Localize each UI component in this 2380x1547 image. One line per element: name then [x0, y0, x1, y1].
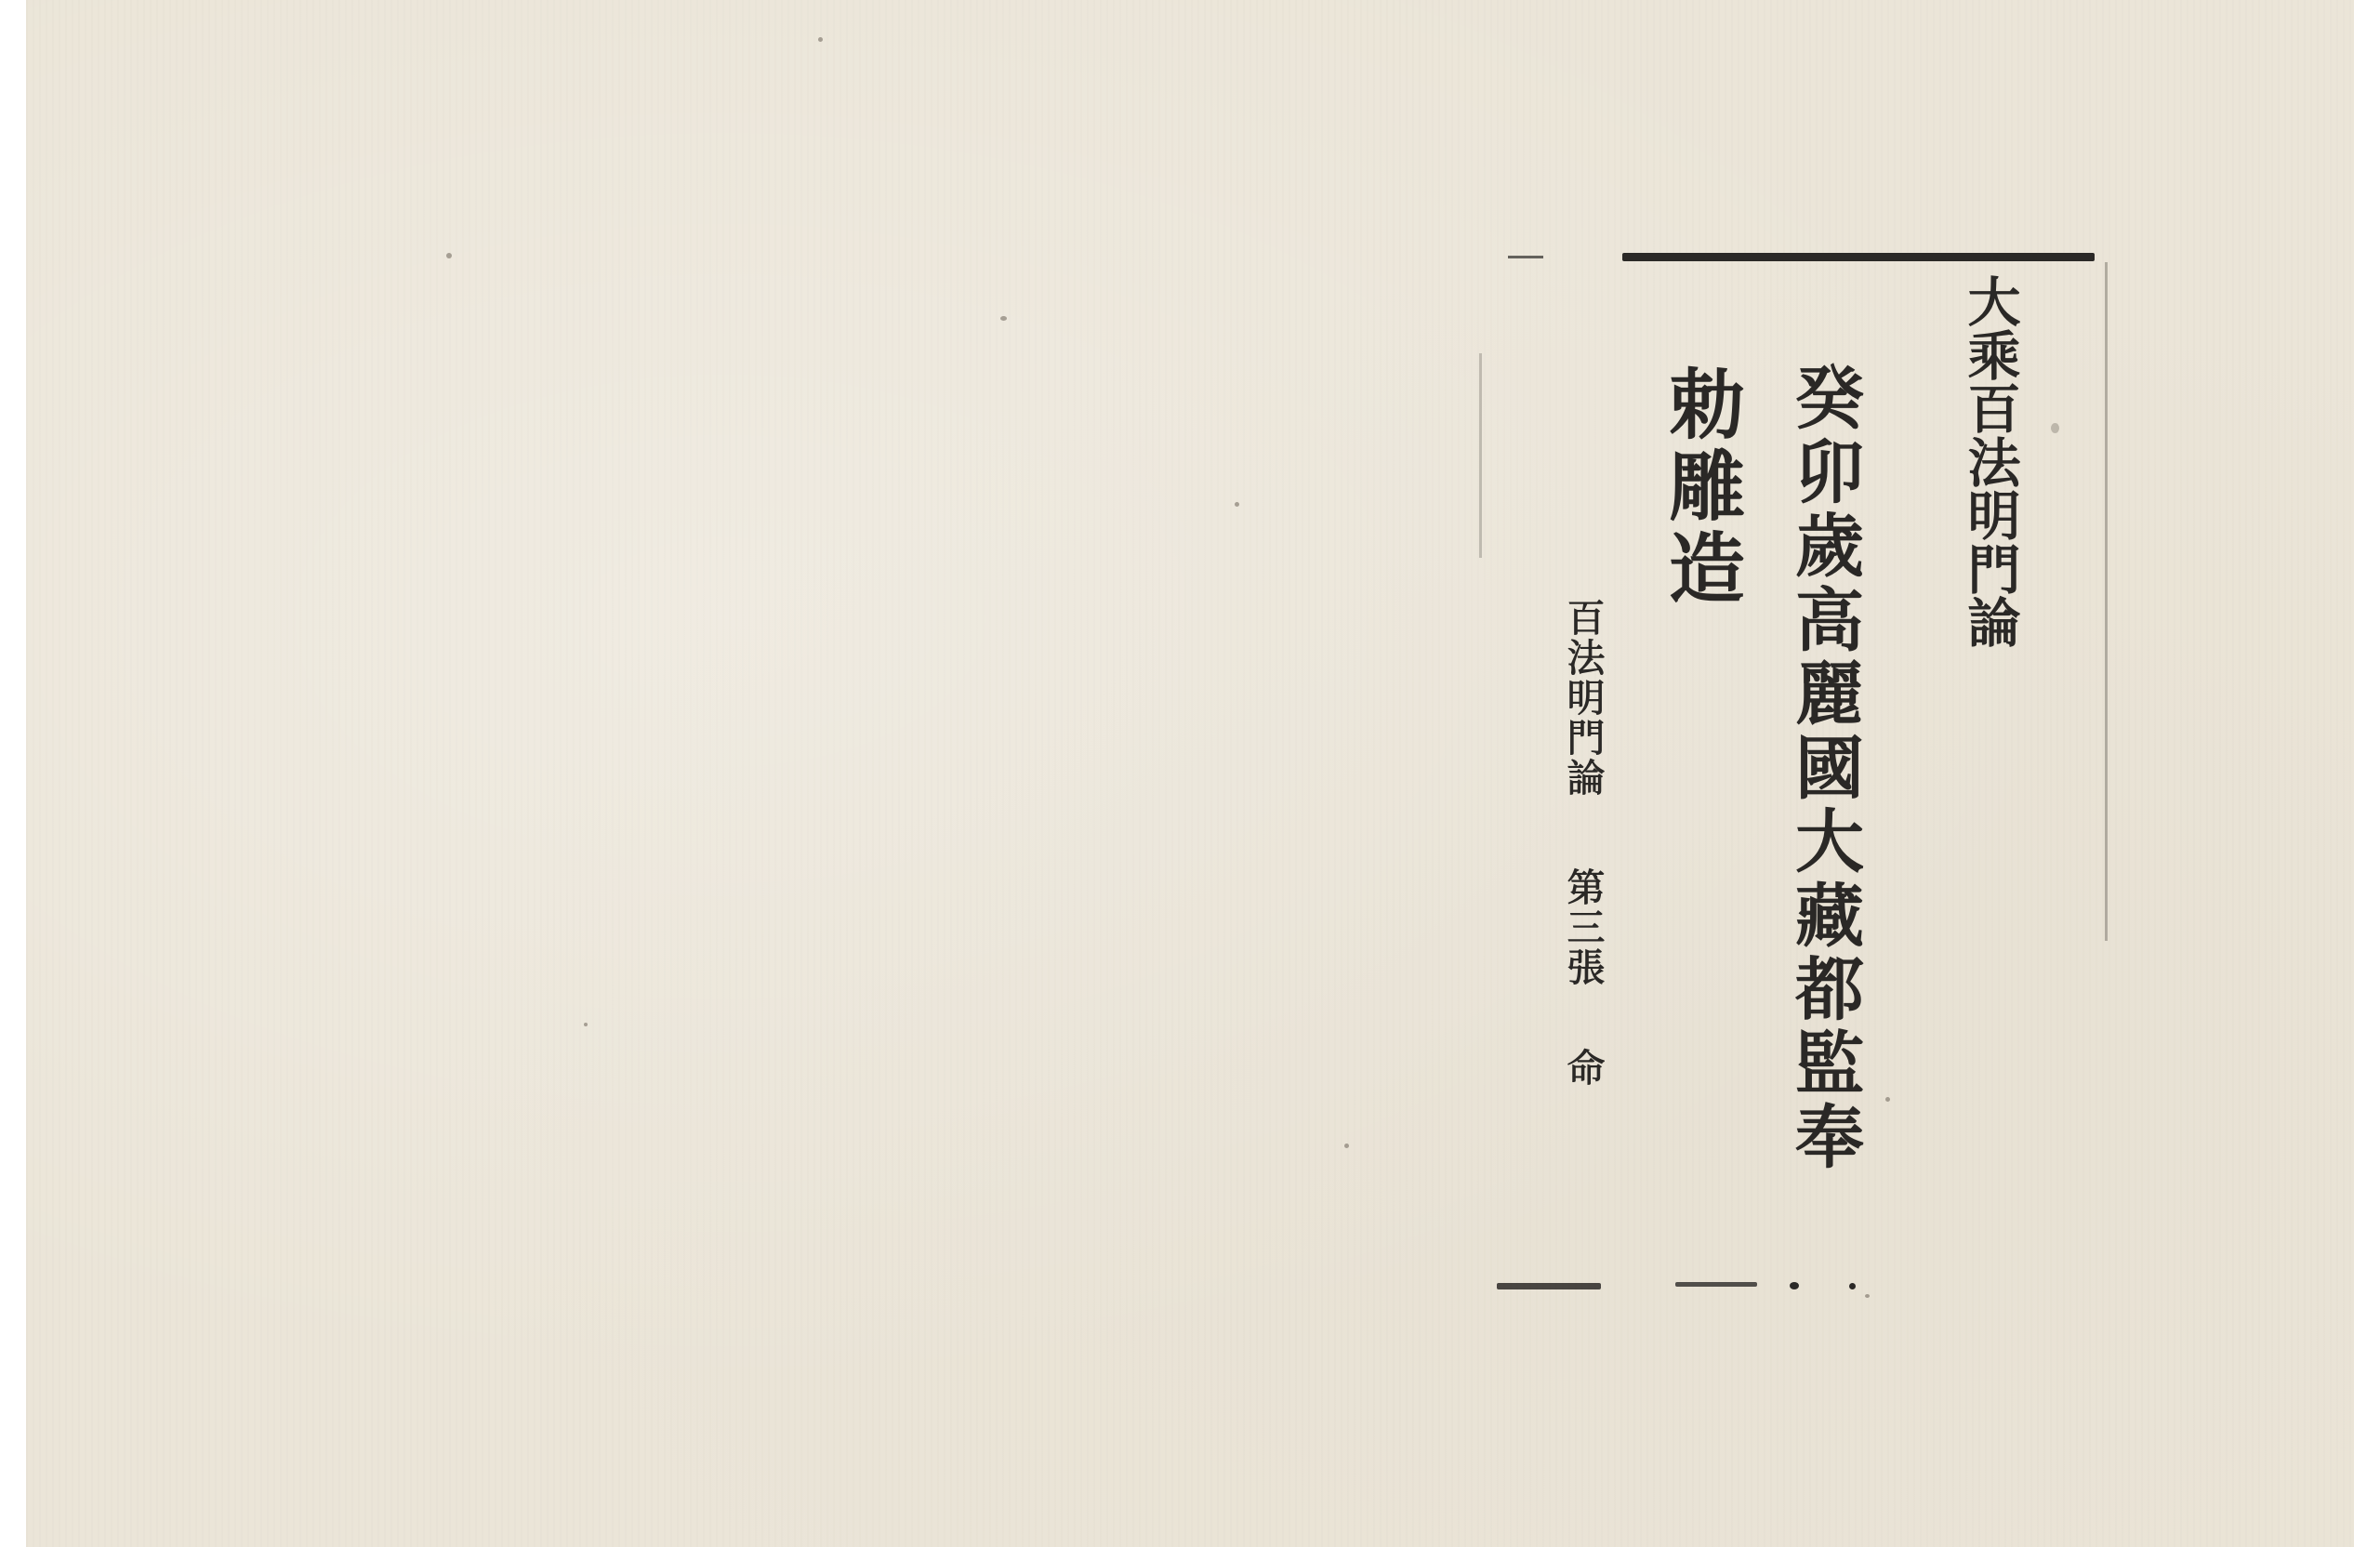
colophon-char: 高 — [1795, 587, 1864, 661]
colophon-char: 麗 — [1795, 660, 1864, 734]
paper-fleck — [2051, 423, 2059, 433]
colophon-char: 癸 — [1795, 364, 1864, 439]
title-char: 論 — [1968, 597, 2021, 651]
title-char: 門 — [1968, 544, 2021, 598]
top-frame-rule-fragment — [1508, 256, 1543, 258]
colophon-decree-column: 勅 雕 造 — [1667, 367, 1747, 613]
paper-fleck — [1000, 316, 1007, 321]
margin-title-char: 門 — [1567, 720, 1606, 760]
margin-title-char: 論 — [1567, 760, 1606, 800]
paper-fleck — [584, 1023, 588, 1026]
bottom-frame-dot — [1790, 1282, 1799, 1289]
left-frame-rule — [1479, 353, 1482, 558]
colophon-char: 大 — [1795, 808, 1864, 882]
colophon-char: 卯 — [1795, 439, 1864, 513]
paper-fleck — [818, 37, 823, 42]
title-char: 百 — [1968, 383, 2021, 437]
decree-char: 雕 — [1669, 449, 1745, 531]
paper-fleck — [446, 253, 452, 258]
colophon-char: 歲 — [1795, 512, 1864, 587]
colophon-char: 國 — [1795, 734, 1864, 809]
bottom-frame-rule — [1497, 1283, 1601, 1289]
colophon-char: 藏 — [1795, 882, 1864, 957]
colophon-char: 都 — [1795, 956, 1864, 1030]
decree-char: 勅 — [1669, 367, 1745, 449]
paper-fleck — [1235, 502, 1239, 507]
colophon-char: 監 — [1795, 1030, 1864, 1104]
paper-fleck — [1885, 1097, 1890, 1102]
title-column: 大 乘 百 法 明 門 論 — [1966, 276, 2022, 651]
margin-label-column: 百 法 明 門 論 第 三 張 命 — [1565, 600, 1607, 1090]
paper-sheet — [26, 0, 2354, 1547]
bottom-frame-dot — [1849, 1283, 1856, 1289]
margin-title-char: 法 — [1567, 640, 1606, 680]
decree-char: 造 — [1669, 531, 1745, 613]
title-char: 乘 — [1968, 330, 2021, 384]
margin-title-char: 百 — [1567, 600, 1606, 640]
right-frame-rule — [2105, 262, 2108, 941]
top-frame-rule — [1622, 253, 2095, 261]
colophon-char: 奉 — [1795, 1104, 1864, 1178]
colophon-date-column: 癸 卯 歲 高 麗 國 大 藏 都 監 奉 — [1792, 364, 1867, 1178]
bottom-frame-rule — [1675, 1282, 1757, 1287]
title-char: 明 — [1968, 490, 2021, 544]
title-char: 法 — [1968, 437, 2021, 491]
sheet-number-char: 第 — [1567, 869, 1606, 909]
margin-title-char: 明 — [1567, 680, 1606, 720]
carver-mark: 命 — [1567, 1050, 1606, 1090]
paper-fleck — [1865, 1294, 1870, 1298]
sheet-number-char: 三 — [1567, 909, 1606, 949]
title-char: 大 — [1968, 276, 2021, 330]
sheet-number-char: 張 — [1567, 949, 1606, 989]
paper-fleck — [1344, 1144, 1349, 1148]
